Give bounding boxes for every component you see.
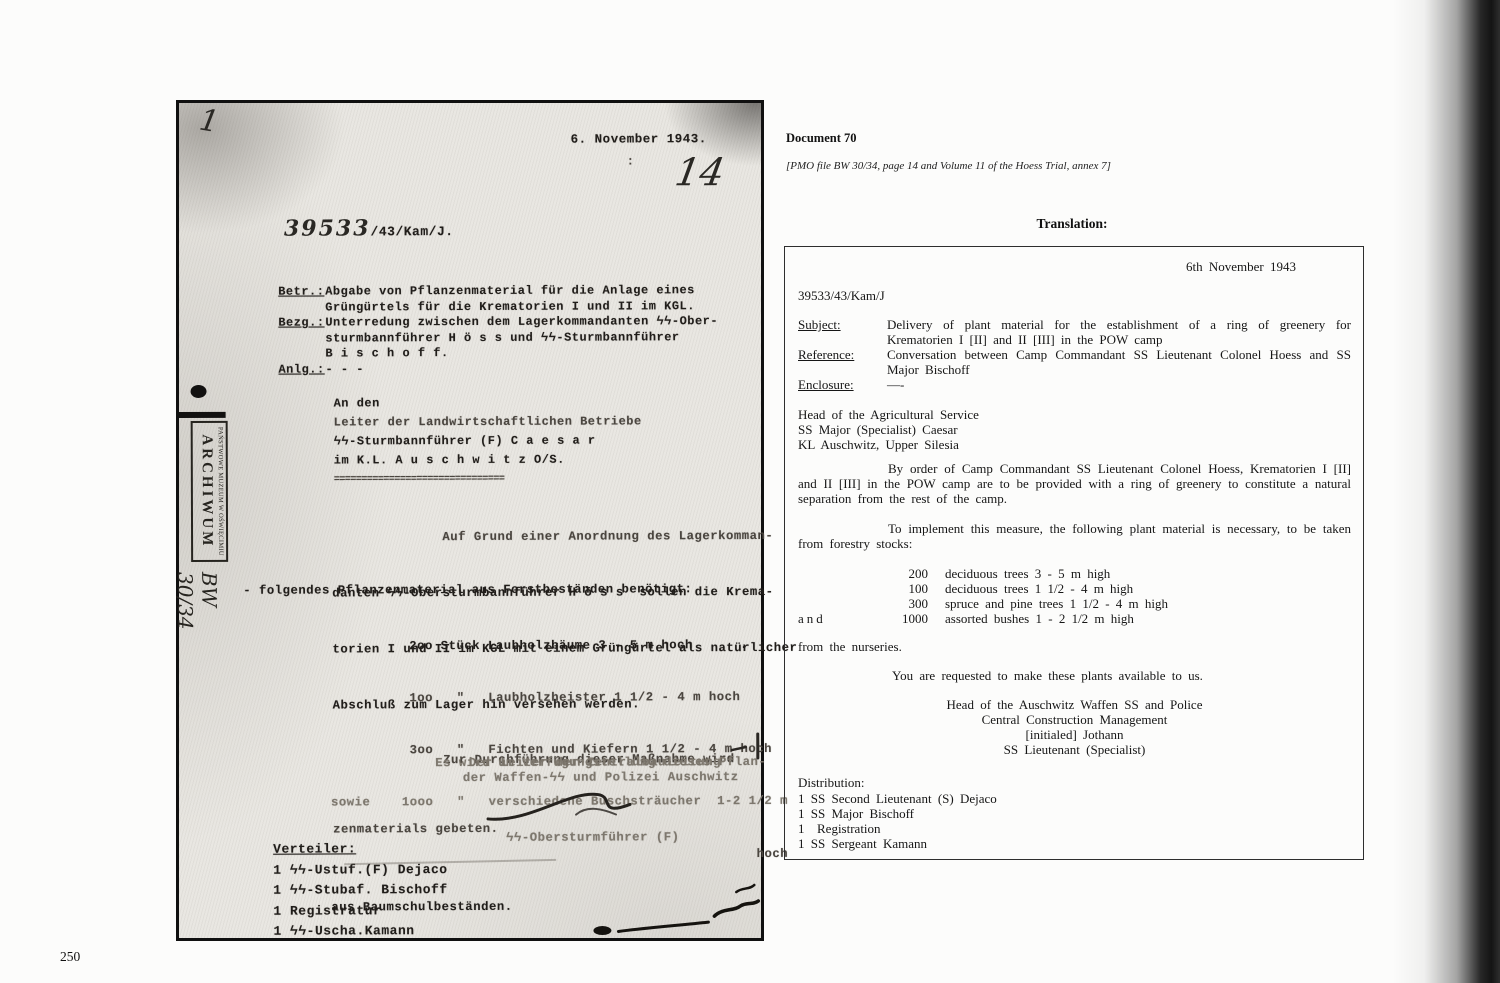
signer-title-line1: Der Leiter der Zentralbauleitung bbox=[469, 755, 721, 770]
row-quantity: 300 bbox=[882, 596, 928, 611]
address-line: im K.L. A u s c h w i t z O/S. bbox=[334, 450, 642, 470]
betr-text: Abgabe von Pflanzenmaterial für die Anla… bbox=[325, 283, 695, 298]
archive-reference-handwritten: BW 30/34 bbox=[187, 572, 221, 664]
row-prefix: and bbox=[798, 611, 882, 626]
verteiler-label: Verteiler: bbox=[273, 839, 447, 860]
address-line: Leiter der Landwirtschaftlichen Betriebe bbox=[334, 412, 642, 432]
verteiler-line: 1 ϟϟ-Stubaf. Bischoff bbox=[273, 880, 447, 901]
plant-list-row: 100 deciduous trees 1 1/2 - 4 m high bbox=[798, 581, 1351, 596]
ref-typed: /43/Kam/J. bbox=[371, 224, 454, 239]
row-description: deciduous trees 1 1/2 - 4 m high bbox=[945, 581, 1133, 596]
book-page: 1 6. November 1943. : 14 39533/43/Kam/J.… bbox=[0, 0, 1500, 983]
betr-label: Betr.: bbox=[278, 285, 325, 301]
enclosure-label: Enclosure: bbox=[798, 377, 854, 392]
addressee-line: KL Auschwitz, Upper Silesia bbox=[798, 437, 1351, 452]
bezg-label: Bezg.: bbox=[278, 316, 325, 332]
paragraph-implement: To implement this measure, the following… bbox=[798, 521, 1351, 551]
edge-ink-bar bbox=[179, 412, 226, 418]
scan-content: 1 6. November 1943. : 14 39533/43/Kam/J.… bbox=[178, 102, 763, 939]
stamp-archiwum-line: ARCHIWUM bbox=[198, 423, 216, 560]
plant-list-row: 300 spruce and pine trees 1 1/2 - 4 m hi… bbox=[798, 596, 1351, 611]
hole-punch-dot bbox=[191, 385, 207, 398]
addressee-line: Head of the Agricultural Service bbox=[798, 407, 1351, 422]
verteiler-block: Verteiler: 1 ϟϟ-Ustuf.(F) Dejaco 1 ϟϟ-St… bbox=[273, 839, 448, 943]
item-line: 1oo " Laubholzheister 1 1/2 - 4 m hoch bbox=[331, 689, 788, 708]
plant-list-row: 200 deciduous trees 3 - 5 m high bbox=[798, 566, 1351, 581]
signoff-block: Head of the Auschwitz Waffen SS and Poli… bbox=[798, 697, 1351, 757]
row-quantity: 100 bbox=[882, 581, 928, 596]
body-line: Auf Grund einer Anordnung des Lagerkomma… bbox=[332, 527, 797, 547]
subject-label: Subject: bbox=[798, 317, 841, 332]
plant-list: 200 deciduous trees 3 - 5 m high 100 dec… bbox=[798, 566, 1351, 626]
signer-title-line2: der Waffen-ϟϟ und Polizei Auschwitz bbox=[463, 770, 739, 785]
anlg-line: Anlg.:- - - bbox=[278, 361, 718, 378]
translation-box: 6th November 1943 39533/43/Kam/J Subject… bbox=[784, 246, 1364, 860]
ref-handwritten: 39533 bbox=[284, 215, 371, 241]
row-prefix bbox=[798, 581, 882, 596]
signoff-line: Central Construction Management bbox=[798, 712, 1351, 727]
reference-text: Conversation between Camp Commandant SS … bbox=[887, 347, 1351, 377]
translation-date: 6th November 1943 bbox=[798, 259, 1351, 274]
bezg-line: Bezg.:Unterredung zwischen dem Lagerkomm… bbox=[278, 314, 718, 331]
distribution-line: 1 Registration bbox=[798, 821, 1351, 836]
subject-field: Subject: Delivery of plant material for … bbox=[798, 317, 1351, 347]
signature-stroke bbox=[480, 784, 660, 827]
request-line: You are requested to make these plants a… bbox=[798, 668, 1351, 683]
item-line: 2oo Stück Laubholzbäume 3 - 5 m hoch . bbox=[330, 637, 787, 656]
distribution-line: 1 SS Sergeant Kamann bbox=[798, 836, 1351, 851]
distribution-line: 1 SS Second Lieutenant (S) Dejaco bbox=[798, 791, 1351, 806]
stamp-museum-line: PAŃSTWOWE MUZEUM W OŚWIĘCIMIU bbox=[216, 423, 224, 560]
betr-line: Betr.:Abgabe von Pflanzenmaterial für di… bbox=[278, 283, 718, 300]
scan-date-colon: : bbox=[627, 154, 635, 168]
distribution-line: 1 SS Major Bischoff bbox=[798, 806, 1351, 821]
distribution-list: 1 SS Second Lieutenant (S) Dejaco 1 SS M… bbox=[798, 791, 1351, 851]
row-description: assorted bushes 1 - 2 1/2 m high bbox=[945, 611, 1134, 626]
paragraph-order: By order of Camp Commandant SS Lieutenan… bbox=[798, 461, 1351, 506]
row-description: deciduous trees 3 - 5 m high bbox=[945, 566, 1110, 581]
row-description: spruce and pine trees 1 1/2 - 4 m high bbox=[945, 596, 1168, 611]
plant-list-row: and 1000 assorted bushes 1 - 2 1/2 m hig… bbox=[798, 611, 1351, 626]
signoff-line: Head of the Auschwitz Waffen SS and Poli… bbox=[798, 697, 1351, 712]
row-prefix bbox=[798, 566, 882, 581]
addressee-block: Head of the Agricultural Service SS Majo… bbox=[798, 407, 1351, 452]
address-block: An den Leiter der Landwirtschaftlichen B… bbox=[334, 393, 642, 489]
enclosure-field: Enclosure: —- bbox=[798, 377, 1351, 392]
row-quantity: 200 bbox=[882, 566, 928, 581]
subject-block: Betr.:Abgabe von Pflanzenmaterial für di… bbox=[278, 283, 718, 378]
body-dash-line: - folgendes Pflanzenmaterial aus Forstbe… bbox=[243, 580, 692, 600]
archive-stamp: PAŃSTWOWE MUZEUM W OŚWIĘCIMIU ARCHIWUM bbox=[191, 421, 228, 562]
verteiler-line: 1 Registratur bbox=[273, 901, 447, 922]
signoff-line: SS Lieutenant (Specialist) bbox=[798, 742, 1351, 757]
address-line: An den bbox=[334, 393, 642, 413]
reference-label: Reference: bbox=[798, 347, 854, 362]
betr-line2: Grüngürtels für die Krematorien I und II… bbox=[278, 299, 718, 316]
bezg-line2: sturmbannführer H ö s s und ϟϟ-Sturmbann… bbox=[278, 330, 718, 347]
reference-field: Reference: Conversation between Camp Com… bbox=[798, 347, 1351, 377]
addressee-line: SS Major (Specialist) Caesar bbox=[798, 422, 1351, 437]
address-line: ϟϟ-Sturmbannführer (F) C a e s a r bbox=[334, 431, 642, 451]
translation-ref-number: 39533/43/Kam/J bbox=[798, 288, 1351, 303]
bottom-handwritten-marks bbox=[588, 874, 760, 937]
after-items-line: from the nurseries. bbox=[798, 639, 1351, 654]
scan-date: 6. November 1943. bbox=[571, 132, 707, 146]
page-number: 250 bbox=[60, 949, 80, 965]
verteiler-line: 1 ϟϟ-Uscha.Kamann bbox=[273, 921, 447, 942]
document-number-label: Document 70 bbox=[786, 131, 856, 146]
row-quantity: 1000 bbox=[882, 611, 928, 626]
handwritten-check-mark: 1 bbox=[197, 103, 222, 141]
subject-text: Delivery of plant material for the estab… bbox=[887, 317, 1351, 347]
enclosure-text: —- bbox=[887, 377, 904, 392]
translation-heading: Translation: bbox=[822, 216, 1322, 232]
archival-source-line: [PMO file BW 30/34, page 14 and Volume 1… bbox=[786, 160, 1111, 172]
signoff-line: [initialed] Jothann bbox=[798, 727, 1351, 742]
document-scan: 1 6. November 1943. : 14 39533/43/Kam/J.… bbox=[176, 100, 764, 941]
bezg-text: Unterredung zwischen dem Lagerkommandant… bbox=[325, 314, 718, 329]
anlg-label: Anlg.: bbox=[278, 362, 325, 378]
handwritten-page-number: 14 bbox=[672, 150, 728, 194]
distribution-label: Distribution: bbox=[798, 775, 1351, 790]
scan-ref-number: 39533/43/Kam/J. bbox=[284, 215, 454, 242]
signer-rank: ϟϟ-Obersturmführer (F) bbox=[506, 830, 679, 845]
address-underline: =============================== bbox=[334, 469, 642, 489]
bezg-line3: B i s c h o f f. bbox=[278, 346, 718, 363]
row-prefix bbox=[798, 596, 882, 611]
book-gutter-shadow bbox=[1392, 0, 1500, 983]
anlg-text: - - - bbox=[325, 362, 364, 376]
margin-arrow-mark bbox=[730, 732, 766, 760]
